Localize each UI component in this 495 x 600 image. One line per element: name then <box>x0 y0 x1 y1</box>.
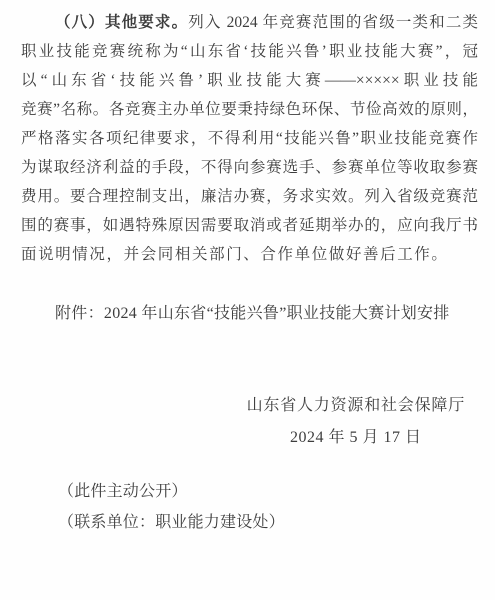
document-page: （八）其他要求。列入 2024 年竞赛范围的省级一类和二类 职业技能竞赛统称为“… <box>0 0 495 600</box>
footer-notes: （此件主动公开） （联系单位：职业能力建设处） <box>21 476 478 538</box>
paragraph-line: 职业技能竞赛统称为“山东省‘技能兴鲁’职业技能大赛”，冠 <box>21 37 478 66</box>
paragraph-line: 费用。要合理控制支出，廉洁办赛，务求实效。列入省级竞赛范 <box>21 182 478 211</box>
paragraph-line: 围的赛事，如遇特殊原因需要取消或者延期举办的，应向我厅书 <box>21 211 478 240</box>
disclosure-note: （此件主动公开） <box>58 476 478 507</box>
paragraph-line-text: 列入 2024 年竞赛范围的省级一类和二类 <box>188 14 478 31</box>
paragraph-line: （八）其他要求。列入 2024 年竞赛范围的省级一类和二类 <box>21 8 478 37</box>
paragraph-line: 严格落实各项纪律要求，不得利用“技能兴鲁”职业技能竞赛作 <box>21 124 478 153</box>
signature-block: 山东省人力资源和社会保障厅 2024 年 5 月 17 日 <box>247 390 465 454</box>
section-heading: （八）其他要求。 <box>55 14 188 31</box>
contact-note: （联系单位：职业能力建设处） <box>58 507 478 538</box>
paragraph-line: 竞赛”名称。各竞赛主办单位要秉持绿色环保、节俭高效的原则， <box>21 95 478 124</box>
body-paragraph: （八）其他要求。列入 2024 年竞赛范围的省级一类和二类 职业技能竞赛统称为“… <box>21 8 478 538</box>
issuer-name: 山东省人力资源和社会保障厅 <box>247 390 465 422</box>
paragraph-line: 为谋取经济利益的手段，不得向参赛选手、参赛单位等收取参赛 <box>21 153 478 182</box>
paragraph-line: 面说明情况，并会同相关部门、合作单位做好善后工作。 <box>21 240 478 269</box>
issue-date: 2024 年 5 月 17 日 <box>247 422 465 454</box>
paragraph-line: 以“山东省‘技能兴鲁’职业技能大赛——×××××职业技能 <box>21 66 478 95</box>
attachment-line: 附件：2024 年山东省“技能兴鲁”职业技能大赛计划安排 <box>21 299 478 328</box>
